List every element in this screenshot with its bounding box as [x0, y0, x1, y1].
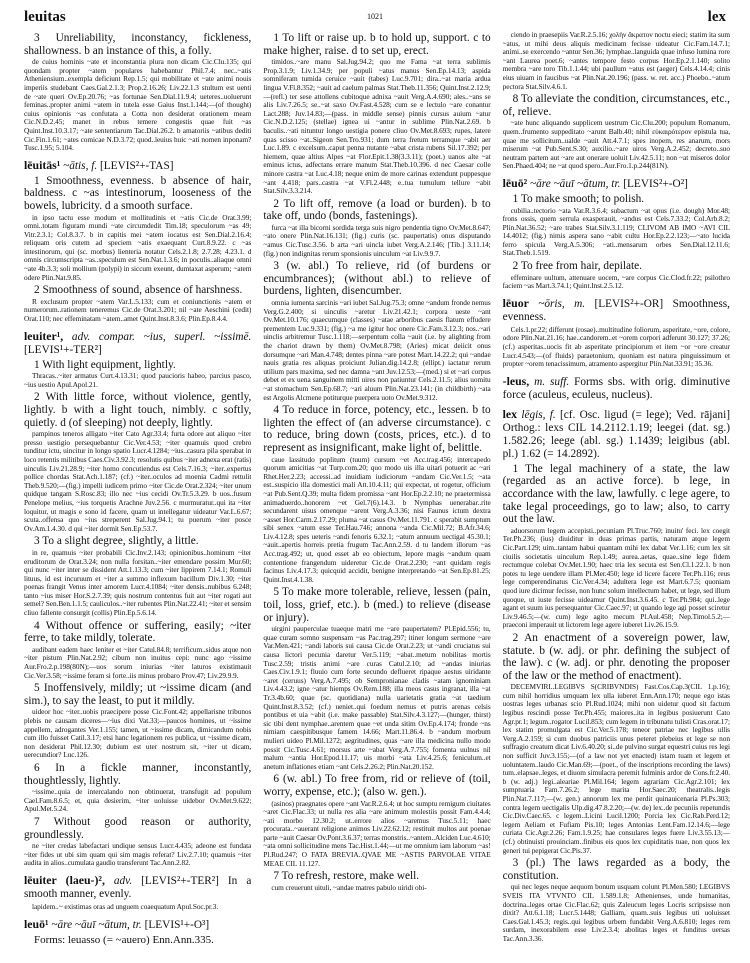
sense-definition: 6 (w. abl.) To free from, rid or relieve…: [263, 773, 490, 798]
citation-block: ne ~iter credas labefactari undique sens…: [24, 842, 251, 868]
citation-block: audibant eadem haec leniter et ~iter Cat…: [24, 646, 251, 680]
grammar-info: ~ātis, f.: [63, 160, 97, 172]
sense-definition: 1 The legal machinery of a state, the la…: [503, 463, 730, 526]
citation-block: furca ~at illa bicorni sordida terga sui…: [263, 224, 490, 258]
sense-definition: 3 (pl.) The laws regarded as a body, the…: [503, 857, 730, 882]
grammar-info: adv.: [114, 875, 132, 887]
citation-block: in ipso tactu esse modum et mollitudinis…: [24, 214, 251, 283]
sense-definition: 7 To refresh, restore, make well.: [263, 870, 490, 883]
etymology: [LEVIS¹+-TER²]: [24, 344, 102, 356]
column-left: 3 Unreliability, inconstancy, fickleness…: [24, 31, 251, 963]
sense-definition: 2 With little force, without violence, g…: [24, 391, 251, 429]
citation-block: ~issime..quia de intercalando non obtinu…: [24, 788, 251, 814]
running-head: leuitas 1021 lex: [24, 9, 726, 29]
headword: leuō¹: [24, 917, 49, 931]
grammar-info: ~āre ~āuī ~ātum, tr.: [530, 178, 620, 190]
forms-note: Forms: leuasso (= ~auero) Enn.Ann.335.: [24, 934, 251, 947]
entry-headword-line: leuiter¹, adv. compar. ~ius, superl. ~is…: [24, 330, 251, 357]
citation-block: lapidem..~ existimas oras ad unguem coae…: [24, 903, 251, 912]
sense-definition: 2 An enactment of a sovereign power, law…: [503, 632, 730, 682]
citation-block: caue lassitudo poplitum (tuum) cursum ~e…: [263, 456, 490, 585]
citation-block: in re, quamuis ~iter probabili Cic.Inv.2…: [24, 549, 251, 618]
citation-block: aduorsorum legem accepisti..pecuniam Pl.…: [503, 527, 730, 630]
sense-definition: 3 (w. abl.) To relieve, rid (of burdens …: [263, 260, 490, 298]
headword: lēuor: [503, 296, 529, 310]
running-head-right: lex: [708, 9, 726, 26]
citation-block: cubilia..tectorio ~ata Var.R.3.6.4; suba…: [503, 207, 730, 259]
entry-headword-line: lēuō² ~āre ~āuī ~ātum, tr. [LEVIS²+-O²]: [503, 177, 730, 191]
citation-block: timidos..~are manu Sal.Jug.94.2; quo me …: [263, 58, 490, 196]
headword: lex: [503, 407, 517, 421]
citation-block: ciendo in praesepiis Var.R.2.5.16; χολὴν…: [503, 31, 730, 91]
citation-block: effeminare uultum, attenuare uocem, ~are…: [503, 274, 730, 291]
headword: -leus,: [503, 374, 530, 388]
sense-definition: 3 Unreliability, inconstancy, fickleness…: [24, 32, 251, 57]
etymology: [LEVIS²+-TER²]: [141, 875, 219, 887]
citation-block: Thracas..~iter armatus Curt.4.13.31; quo…: [24, 372, 251, 389]
citation-block: pampinos teneros alligato ~iter Cato Agr…: [24, 430, 251, 533]
sense-definition: 1 With light equipment, lightly.: [24, 359, 251, 372]
sense-definition: 5 To make more tolerable, relieve, lesse…: [263, 586, 490, 624]
grammar-info: ~ōris, m.: [538, 298, 585, 310]
etymology: [LEVIS²+-OR]: [594, 298, 663, 310]
citation-block: (asinos) praegnates opere ~ant Var.R.2.6…: [263, 800, 490, 869]
citation-block: qui nec leges neque aequom bonum usquam …: [503, 883, 730, 943]
page-number: 1021: [24, 12, 726, 21]
citation-block: DECEMVIRI..LEGIBVS S(CRIBVNDIS) Fast.Cos…: [503, 683, 730, 855]
entry-headword-line: lex lēgis, f. [cf. Osc. ligud (= lege); …: [503, 408, 730, 461]
headword: lēuitās¹: [24, 158, 60, 172]
sense-definition: 2 Smoothness of sound, absence of harshn…: [24, 284, 251, 297]
etymology: [LEVIS²+-O²]: [623, 178, 688, 190]
entry-headword-line: -leus, m. suff. Forms sbs. with orig. di…: [503, 375, 730, 402]
citation-block: cum creuerunt uituli, ~andae matres pabu…: [263, 884, 490, 893]
citation-block: uideor hoc ~iter..uobis praecipere posse…: [24, 708, 251, 760]
headword: lēuiter (laeu-)²,: [24, 873, 105, 887]
sense-definition: 4 Without offence or suffering, easily; …: [24, 620, 251, 645]
citation-block: omnia iumenta sarcinis ~ari iubet Sal.Ju…: [263, 299, 490, 402]
citation-block: de cuius hominis ~ate et inconstantia pl…: [24, 58, 251, 153]
sense-definition: 1 To lift or raise up. b to hold up, sup…: [263, 32, 490, 57]
column-right: ciendo in praesepiis Var.R.2.5.16; χολὴν…: [503, 31, 730, 963]
entry-headword-line: lēuiter (laeu-)², adv. [LEVIS²+-TER²] In…: [24, 874, 251, 901]
entry-headword-line: lēuor ~ōris, m. [LEVIS²+-OR] Smoothness,…: [503, 297, 730, 324]
citation-block: uirgini pauperculae tuaeque matri me ~ar…: [263, 625, 490, 771]
sense-definition: 3 To a slight degree, slightly, a little…: [24, 535, 251, 548]
dictionary-page: leuitas 1021 lex 3 Unreliability, incons…: [0, 0, 750, 963]
grammar-info: lēgis, f.: [521, 409, 555, 421]
entry-headword-line: lēuitās¹ ~ātis, f. [LEVIS²+-TAS]: [24, 159, 251, 173]
sense-definition: 7 Without good reason or authority, grou…: [24, 816, 251, 841]
sense-definition: 1 Smoothness, evenness. b absence of hai…: [24, 175, 251, 213]
column-middle: 1 To lift or raise up. b to hold up, sup…: [263, 31, 490, 963]
grammar-info: adv. compar. ~ius, superl. ~issimē.: [72, 331, 251, 343]
headword: lēuō²: [503, 176, 528, 190]
grammar-info: ~āre ~āuī ~ātum, tr.: [51, 919, 141, 931]
sense-definition: 5 Inoffensively, mildly; ut ~issime dica…: [24, 682, 251, 707]
sense-definition: 4 To reduce in force, potency, etc., les…: [263, 404, 490, 454]
citation-block: R exclusum propter ~atem Var.L.5.133; cu…: [24, 298, 251, 324]
citation-block: ~ate hunc aliquando supplicem uestrum Ci…: [503, 119, 730, 171]
text-columns: 3 Unreliability, inconstancy, fickleness…: [24, 31, 730, 963]
sense-definition: 8 To alleviate the condition, circumstan…: [503, 93, 730, 118]
sense-definition: 2 To free from hair, depilate.: [503, 260, 730, 273]
sense-definition: 1 To make smooth; to polish.: [503, 193, 730, 206]
sense-definition: 2 To lift off, remove (a load or burden)…: [263, 198, 490, 223]
citation-block: Cels.1.pr.22; differunt (rosae)..multitu…: [503, 326, 730, 369]
entry-headword-line: leuō¹ ~āre ~āuī ~ātum, tr. [LEVIS¹+-O³]: [24, 918, 251, 932]
headword: leuiter¹,: [24, 329, 63, 343]
etymology: [LEVIS¹+-O³]: [145, 919, 210, 931]
grammar-info: m. suff.: [534, 376, 569, 388]
etymology: [LEVIS²+-TAS]: [100, 160, 174, 172]
sense-definition: 6 In a fickle manner, inconstantly, thou…: [24, 762, 251, 787]
